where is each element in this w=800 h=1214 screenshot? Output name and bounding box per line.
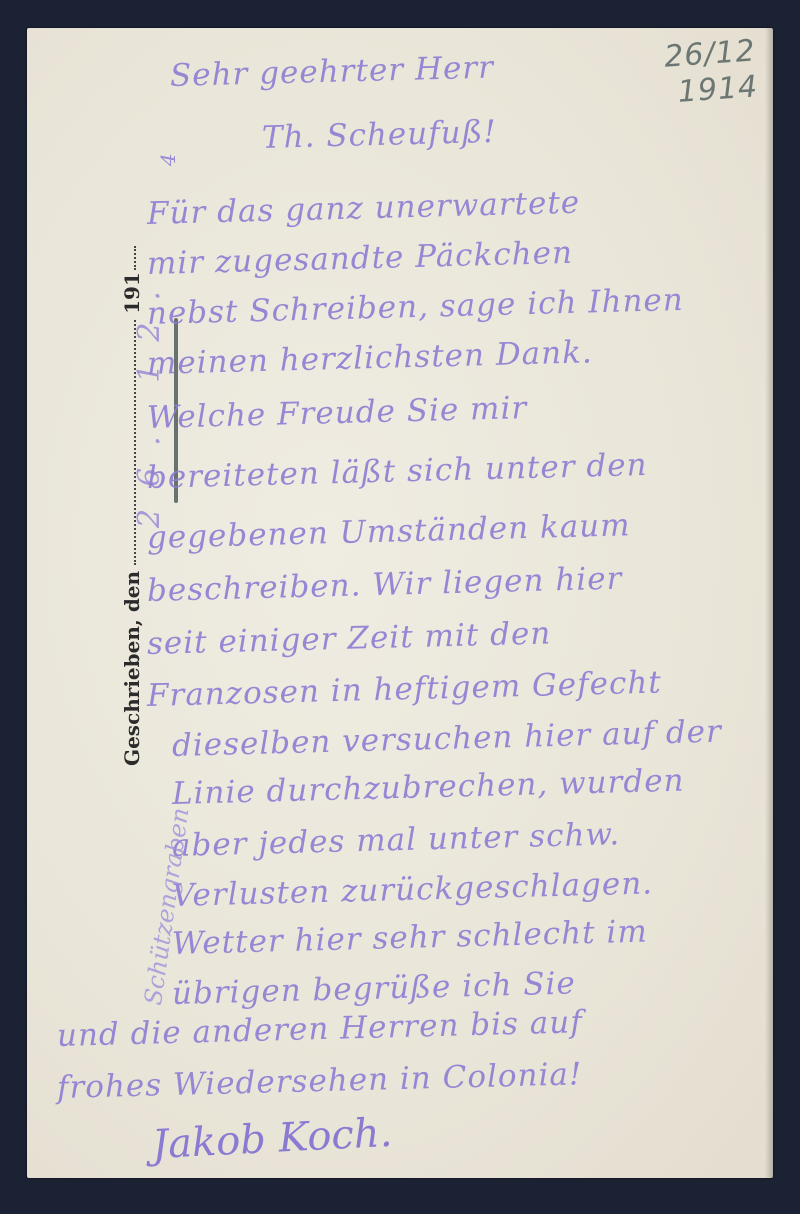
- letter-line: seit einiger Zeit mit den: [147, 615, 552, 662]
- letter-line: bereiteten läßt sich unter den: [147, 447, 648, 496]
- letter-line: nebst Schreiben, sage ich Ihnen: [147, 282, 685, 332]
- letter-line: meinen herzlichsten Dank.: [147, 334, 594, 382]
- letter-line: Linie durchzubrechen, wurden: [172, 763, 685, 812]
- letter-line: und die anderen Herren bis auf: [57, 1004, 584, 1054]
- letter-line: Für das ganz unerwartete: [147, 185, 581, 232]
- letter-line: frohes Wiedersehen in Colonia!: [57, 1056, 583, 1106]
- letter-salutation: Sehr geehrter Herr: [170, 50, 495, 94]
- letter-signature: Jakob Koch.: [151, 1110, 393, 1169]
- letter-line: beschreiben. Wir liegen hier: [147, 561, 623, 609]
- letter-line: gegebenen Umständen kaum: [147, 507, 631, 556]
- letter-line: Wetter hier sehr schlecht im: [172, 914, 649, 962]
- letter-line: aber jedes mal unter schw.: [172, 816, 621, 864]
- handwritten-letter: Sehr geehrter Herr Th. Scheufuß! Für das…: [27, 28, 773, 1178]
- letter-line: dieselben versuchen hier auf der: [172, 714, 723, 764]
- letter-line: Verlusten zurückgeschlagen.: [172, 865, 654, 914]
- letter-line: mir zugesandte Päckchen: [147, 235, 574, 282]
- postcard: 26/12 1914 Geschrieben, den 191 26. 12. …: [27, 28, 773, 1178]
- letter-addressee: Th. Scheufuß!: [262, 114, 498, 156]
- letter-line: Welche Freude Sie mir: [147, 390, 528, 436]
- letter-line: Franzosen in heftigem Gefecht: [147, 665, 663, 714]
